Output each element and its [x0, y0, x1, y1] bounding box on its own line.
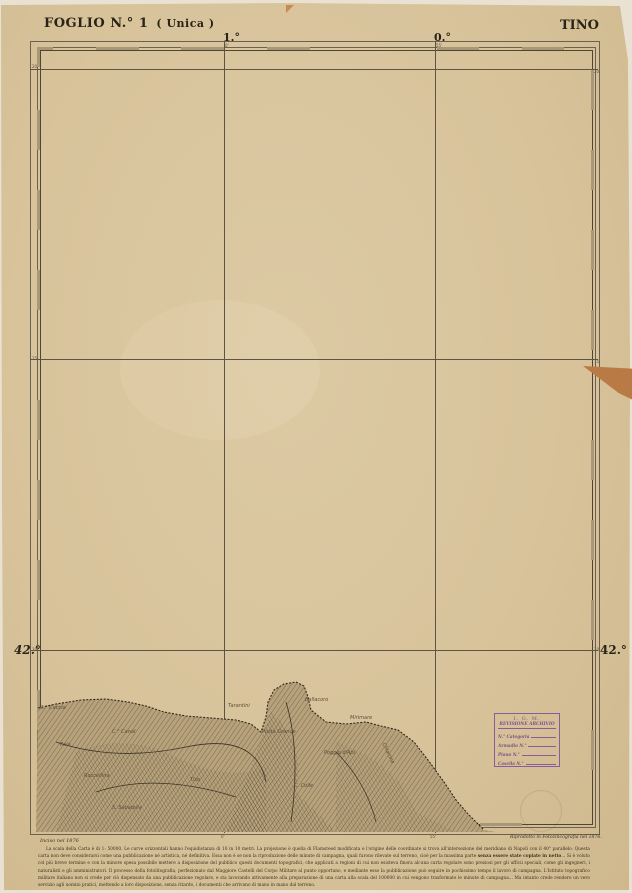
stamp-row-label: Casella N.°: [498, 761, 524, 766]
place-label: S. Sabatella: [112, 805, 142, 811]
scale-band-segment: [37, 270, 40, 310]
scale-band-segment: [37, 480, 40, 520]
scale-band-segment: [37, 110, 40, 150]
scale-band-segment: [96, 47, 139, 50]
place-label: C.° Canal: [112, 729, 135, 735]
stamp-row: N.° Categoria: [498, 730, 556, 739]
stamp-row: Piano N.°: [498, 748, 556, 757]
scale-band-segment: [37, 400, 40, 440]
place-label: Tarantini: [228, 703, 250, 709]
place-label: C.° Caccia: [40, 705, 66, 711]
place-label: Ballacoro: [305, 697, 328, 703]
scale-band-segment: [37, 47, 40, 67]
stamp-row: Armadio N.°: [498, 739, 556, 748]
place-label: Mirimare: [350, 715, 372, 721]
place-label: Pala: [60, 742, 71, 748]
footnote-bold: senza essere state copiate in netto: [478, 854, 562, 859]
explanatory-footnote: La scala della Carta è di 1: 50000. Le c…: [38, 846, 590, 889]
place-label: C. Colle: [294, 783, 313, 789]
sheet-title: FOGLIO N.° 1 ( Unica ): [44, 16, 215, 31]
stamp-title: REVISIONE ARCHIVIO: [498, 722, 556, 729]
scale-band-segment: [37, 560, 40, 600]
right-latitude-label: 42.°: [600, 643, 627, 657]
parallel-line: [30, 69, 598, 70]
parallel-line: [30, 359, 598, 360]
scale-band-segment: [181, 47, 224, 50]
scale-band-segment: [37, 190, 40, 230]
place-label: Roccellina: [84, 773, 110, 779]
coastline-terrain: [36, 672, 496, 832]
scale-band-segment: [591, 730, 594, 770]
sheet-subtitle: ( Unica ): [156, 17, 214, 30]
reproduction-note: Riprodotto in Fotozincografia nel 1876.: [510, 835, 602, 840]
scale-band-segment: [437, 47, 479, 50]
scale-band-segment: [522, 47, 564, 50]
place-label: Posta Grande: [262, 729, 296, 735]
scale-band-segment: [591, 150, 594, 190]
engraving-note: Inciso nel 1876: [40, 838, 79, 844]
scale-band-segment: [591, 310, 594, 350]
place-label: Poggio d'Api: [324, 750, 355, 756]
footnote-part-2: ... Si è voluto col più breve termine e …: [38, 854, 590, 888]
sheet-name: TINO: [560, 18, 599, 33]
scale-band-segment: [591, 230, 594, 270]
parallel-line: [30, 650, 598, 651]
stamp-row: Casella N.°: [498, 757, 556, 766]
stamp-row-label: N.° Categoria: [498, 734, 529, 739]
archive-stamp: I. G. M. REVISIONE ARCHIVIO N.° Categori…: [494, 713, 560, 767]
stamp-row-label: Armadio N.°: [498, 743, 526, 748]
stamp-row-label: Piano N.°: [498, 752, 520, 757]
scale-band-segment: [591, 520, 594, 560]
scale-band-segment: [267, 47, 310, 50]
scale-band-segment: [591, 600, 594, 640]
place-label: Tiso: [190, 777, 200, 783]
scale-band-segment: [591, 70, 594, 110]
scale-band-segment: [591, 440, 594, 480]
sheet-number: FOGLIO N.° 1: [44, 16, 148, 31]
